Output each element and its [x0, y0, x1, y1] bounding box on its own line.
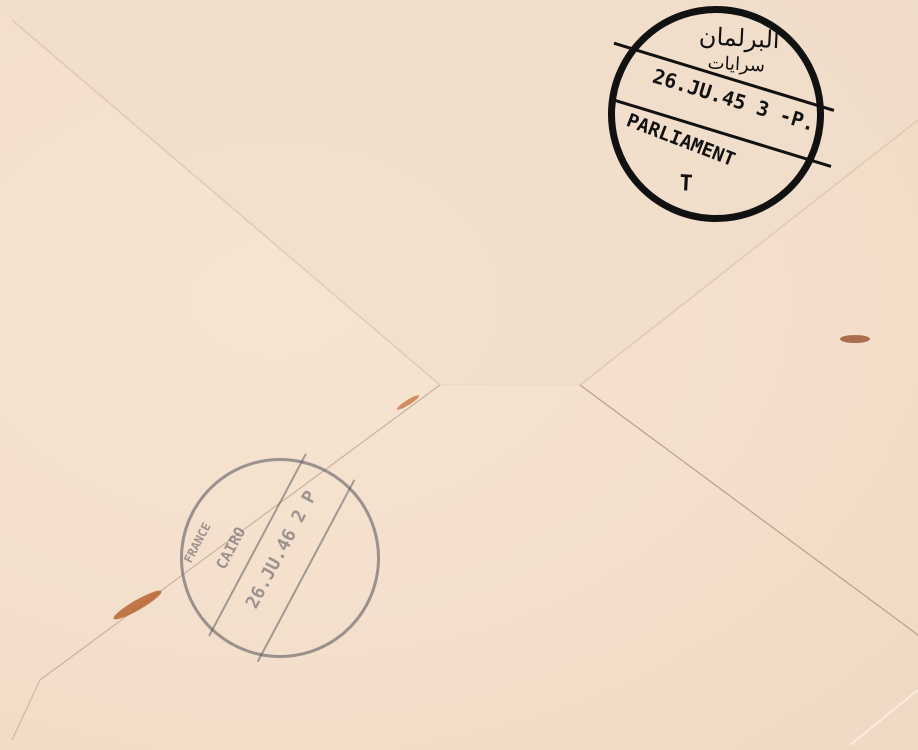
envelope-back: البرلمان سرايات 26.JU.45 3 -P. PARLIAMEN… [0, 0, 918, 750]
postmark-arabic-line1: البرلمان [698, 22, 780, 54]
postmark-letter: T [679, 171, 694, 197]
postmark-arabic-line2: سرايات [707, 53, 765, 77]
tear-mark [840, 335, 870, 343]
postmark-faint-office: CAIRO [212, 524, 249, 572]
postmark-faint-arc: FRANCE [181, 520, 214, 565]
